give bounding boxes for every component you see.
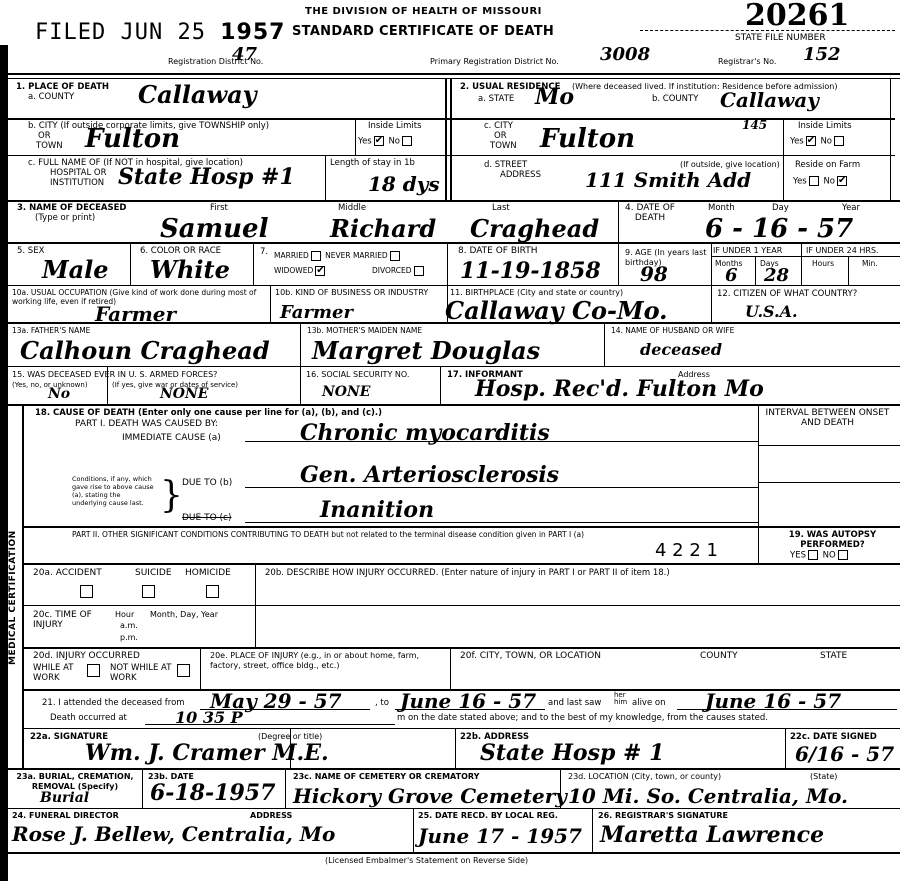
spouse-label: 14. NAME OF HUSBAND OR WIFE (611, 326, 734, 336)
never-married-checkbox[interactable] (390, 251, 400, 261)
physician-signature: Wm. J. Cramer M.E. (85, 740, 329, 766)
due-to-b-value: Gen. Arteriosclerosis (300, 462, 559, 488)
state-file-number-label: STATE FILE NUMBER (735, 33, 826, 43)
father-name-value: Calhoun Craghead (20, 336, 270, 365)
married-checkbox[interactable] (311, 251, 321, 261)
marital-row-1: MARRIED NEVER MARRIED (274, 251, 402, 261)
spouse-value: deceased (640, 340, 722, 359)
last-saw-value: June 16 - 57 (705, 689, 841, 713)
place-of-injury-label: 20e. PLACE OF INJURY (e.g., in or about … (210, 651, 445, 671)
medical-certification-side-label: MEDICAL CERTIFICATION (8, 505, 18, 665)
residence-inside-limits-options: Yes No (790, 136, 846, 147)
state-file-number: 20261 (745, 0, 849, 33)
agency-title: THE DIVISION OF HEALTH OF MISSOURI (305, 6, 542, 17)
date-of-death-value: 6 - 16 - 57 (705, 214, 853, 244)
immediate-cause-label: IMMEDIATE CAUSE (a) (122, 433, 221, 443)
while-at-work-label: WHILE AT WORK (33, 663, 88, 683)
attended-label: 21. I attended the deceased from (42, 698, 185, 708)
death-occurred-suffix: m on the date stated above; and to the b… (397, 713, 768, 723)
burial-method-label: 23a. BURIAL, CREMATION, REMOVAL (Specify… (10, 772, 140, 792)
cemetery-value: Hickory Grove Cemetery (293, 784, 567, 808)
part1-label: PART I. DEATH WAS CAUSED BY: (75, 419, 218, 429)
due-to-c-value: Inanition (320, 497, 434, 523)
brace-icon: } (160, 478, 183, 514)
dob-label: 8. DATE OF BIRTH (458, 246, 538, 256)
death-inside-limits-options: Yes No (358, 136, 414, 147)
armed-forces-value: No (48, 386, 70, 402)
under-24-hrs-label: IF UNDER 24 HRS. (806, 246, 879, 256)
farm-no-checkbox[interactable] (837, 176, 847, 186)
suicide-label: SUICIDE (135, 568, 172, 578)
filed-stamp: FILED JUN 25 1957 (35, 20, 285, 45)
business-value: Farmer (280, 302, 353, 323)
ssn-value: NONE (322, 384, 370, 400)
residence-inside-no-checkbox[interactable] (834, 136, 844, 146)
marital-row-2: WIDOWED DIVORCED (274, 266, 426, 276)
under-1-year-label: IF UNDER 1 YEAR (713, 246, 782, 256)
farm-yes-checkbox[interactable] (809, 176, 819, 186)
deceased-name-label: 3. NAME OF DECEASED (17, 203, 126, 213)
reside-on-farm-label: Reside on Farm (795, 160, 860, 170)
occupation-value: Farmer (95, 302, 176, 326)
cemetery-label: 23c. NAME OF CEMETERY OR CREMATORY (293, 772, 479, 782)
reside-on-farm-options: Yes No (793, 176, 849, 187)
residence-inside-limits-label: Inside Limits (798, 121, 852, 131)
residence-county-value: Callaway (720, 88, 819, 112)
due-to-c-label: DUE TO (c) (182, 513, 231, 523)
date-signed-value: 6/16 - 57 (795, 742, 894, 766)
length-of-stay-value: 18 dys (368, 172, 440, 196)
registrar-signature-value: Maretta Lawrence (600, 822, 824, 848)
sex-label: 5. SEX (17, 246, 44, 256)
autopsy-no-checkbox[interactable] (838, 550, 848, 560)
funeral-director-address-label: ADDRESS (250, 811, 292, 821)
registrar-signature-label: 26. REGISTRAR'S SIGNATURE (598, 811, 728, 821)
homicide-label: HOMICIDE (185, 568, 231, 578)
death-county-label: a. COUNTY (28, 92, 74, 102)
dob-value: 11-19-1858 (460, 258, 601, 284)
cause-of-death-label: 18. CAUSE OF DEATH (Enter only one cause… (35, 408, 382, 418)
immediate-cause-value: Chronic myocarditis (300, 420, 550, 446)
deceased-last-name: Craghead (470, 214, 599, 243)
ssn-label: 16. SOCIAL SECURITY NO. (306, 370, 409, 380)
residence-city-label: c. CITY (484, 121, 513, 131)
burial-date-value: 6-18-1957 (150, 780, 275, 806)
due-to-b-label: DUE TO (b) (182, 478, 232, 488)
registration-district-value: 47 (232, 44, 257, 65)
widowed-checkbox[interactable] (315, 266, 325, 276)
accident-label: 20a. ACCIDENT (33, 568, 102, 578)
birthplace-value: Callaway Co-Mo. (445, 296, 668, 325)
residence-city-value: Fulton (540, 124, 635, 154)
date-recd-label: 25. DATE RECD. BY LOCAL REG. (418, 811, 558, 821)
suicide-checkbox[interactable] (142, 585, 155, 598)
residence-state-label: a. STATE (478, 94, 514, 104)
date-of-death-label: 4. DATE OF DEATH (625, 203, 675, 223)
describe-injury-label: 20b. DESCRIBE HOW INJURY OCCURRED. (Ente… (265, 568, 670, 578)
armed-forces-label: 15. WAS DECEASED EVER IN U. S. ARMED FOR… (12, 370, 217, 380)
injury-city-label: 20f. CITY, TOWN, OR LOCATION (460, 651, 601, 661)
registrars-no-label: Registrar's No. (718, 57, 776, 67)
residence-state-value: Mo (535, 84, 574, 110)
burial-state-label: (State) (810, 772, 837, 782)
injury-state-label: STATE (820, 651, 847, 661)
left-border-bar (0, 45, 8, 881)
homicide-checkbox[interactable] (206, 585, 219, 598)
citizen-value: U.S.A. (745, 302, 798, 321)
street-value: 111 Smith Add (585, 168, 751, 192)
injury-occurred-label: 20d. INJURY OCCURRED (33, 651, 140, 661)
registrars-no-value: 152 (803, 44, 841, 65)
burial-method-value: Burial (40, 790, 89, 806)
age-label: 9. AGE (In years last birthday) (625, 248, 715, 268)
death-inside-yes-checkbox[interactable] (374, 136, 384, 146)
place-of-death-label: 1. PLACE OF DEATH (16, 82, 109, 92)
residence-inside-yes-checkbox[interactable] (806, 136, 816, 146)
informant-value: Hosp. Rec'd. Fulton Mo (475, 376, 764, 402)
while-at-work-checkbox[interactable] (87, 664, 100, 677)
her-him-label: herhim (614, 692, 627, 706)
marital-status-label: 7. (260, 247, 268, 257)
embalmer-note: (Licensed Embalmer's Statement on Revers… (325, 856, 528, 866)
mother-maiden-name-label: 13b. MOTHER'S MAIDEN NAME (307, 326, 422, 336)
autopsy-options: YES NO (790, 550, 850, 561)
funeral-director-label: 24. FUNERAL DIRECTOR (12, 811, 119, 821)
not-while-at-work-checkbox[interactable] (177, 664, 190, 677)
accident-checkbox[interactable] (80, 585, 93, 598)
hospital-value: State Hosp #1 (118, 164, 295, 190)
injury-county-label: COUNTY (700, 651, 738, 661)
death-county-value: Callaway (138, 80, 257, 109)
residence-county-label: b. COUNTY (652, 94, 698, 104)
age-months-value: 6 (725, 265, 738, 286)
age-value: 98 (640, 262, 668, 286)
interval-label: INTERVAL BETWEEN ONSET AND DEATH (765, 408, 890, 428)
conditions-note: Conditions, if any, which gave rise to a… (72, 475, 157, 507)
street-label: d. STREET (484, 160, 527, 170)
race-value: White (150, 255, 230, 284)
primary-registration-district-value: 3008 (600, 44, 650, 65)
attended-to-value: June 16 - 57 (400, 689, 536, 713)
divorced-checkbox[interactable] (414, 266, 424, 276)
part2-label: PART II. OTHER SIGNIFICANT CONDITIONS CO… (72, 530, 584, 540)
war-dates-value: NONE (160, 386, 208, 402)
date-signed-label: 22c. DATE SIGNED (790, 732, 877, 742)
citizen-label: 12. CITIZEN OF WHAT COUNTRY? (717, 289, 857, 299)
certificate-title: STANDARD CERTIFICATE OF DEATH (292, 24, 554, 39)
age-days-value: 28 (764, 265, 789, 286)
time-of-injury-label: 20c. TIME OF INJURY (33, 610, 93, 630)
death-city-value: Fulton (85, 124, 180, 154)
deceased-middle-name: Richard (330, 214, 436, 243)
sex-value: Male (42, 255, 109, 284)
burial-location-value: 10 Mi. So. Centralia, Mo. (568, 784, 848, 808)
length-of-stay-label: Length of stay in 1b (330, 158, 415, 168)
not-while-at-work-label: NOT WHILE AT WORK (110, 663, 172, 683)
residence-city-annotation: 145 (742, 118, 767, 132)
death-inside-no-checkbox[interactable] (402, 136, 412, 146)
autopsy-label: 19. WAS AUTOPSY PERFORMED? (775, 530, 890, 550)
deceased-first-name: Samuel (160, 214, 268, 244)
autopsy-yes-checkbox[interactable] (808, 550, 818, 560)
death-inside-limits-label: Inside Limits (368, 121, 422, 131)
death-occurred-label: Death occurred at (50, 713, 127, 723)
date-recd-value: June 17 - 1957 (418, 824, 582, 848)
part2-code: 4 2 2 1 (655, 540, 718, 561)
burial-location-label: 23d. LOCATION (City, town, or county) (568, 772, 721, 782)
physician-address-value: State Hosp # 1 (480, 740, 664, 766)
death-time-value: 10 35 P (175, 708, 243, 727)
mother-maiden-name-value: Margret Douglas (312, 336, 540, 365)
funeral-director-value: Rose J. Bellew, Centralia, Mo (12, 822, 335, 846)
primary-registration-district-label: Primary Registration District No. (430, 57, 559, 67)
business-label: 10b. KIND OF BUSINESS OR INDUSTRY (275, 288, 440, 297)
father-name-label: 13a. FATHER'S NAME (12, 326, 90, 336)
